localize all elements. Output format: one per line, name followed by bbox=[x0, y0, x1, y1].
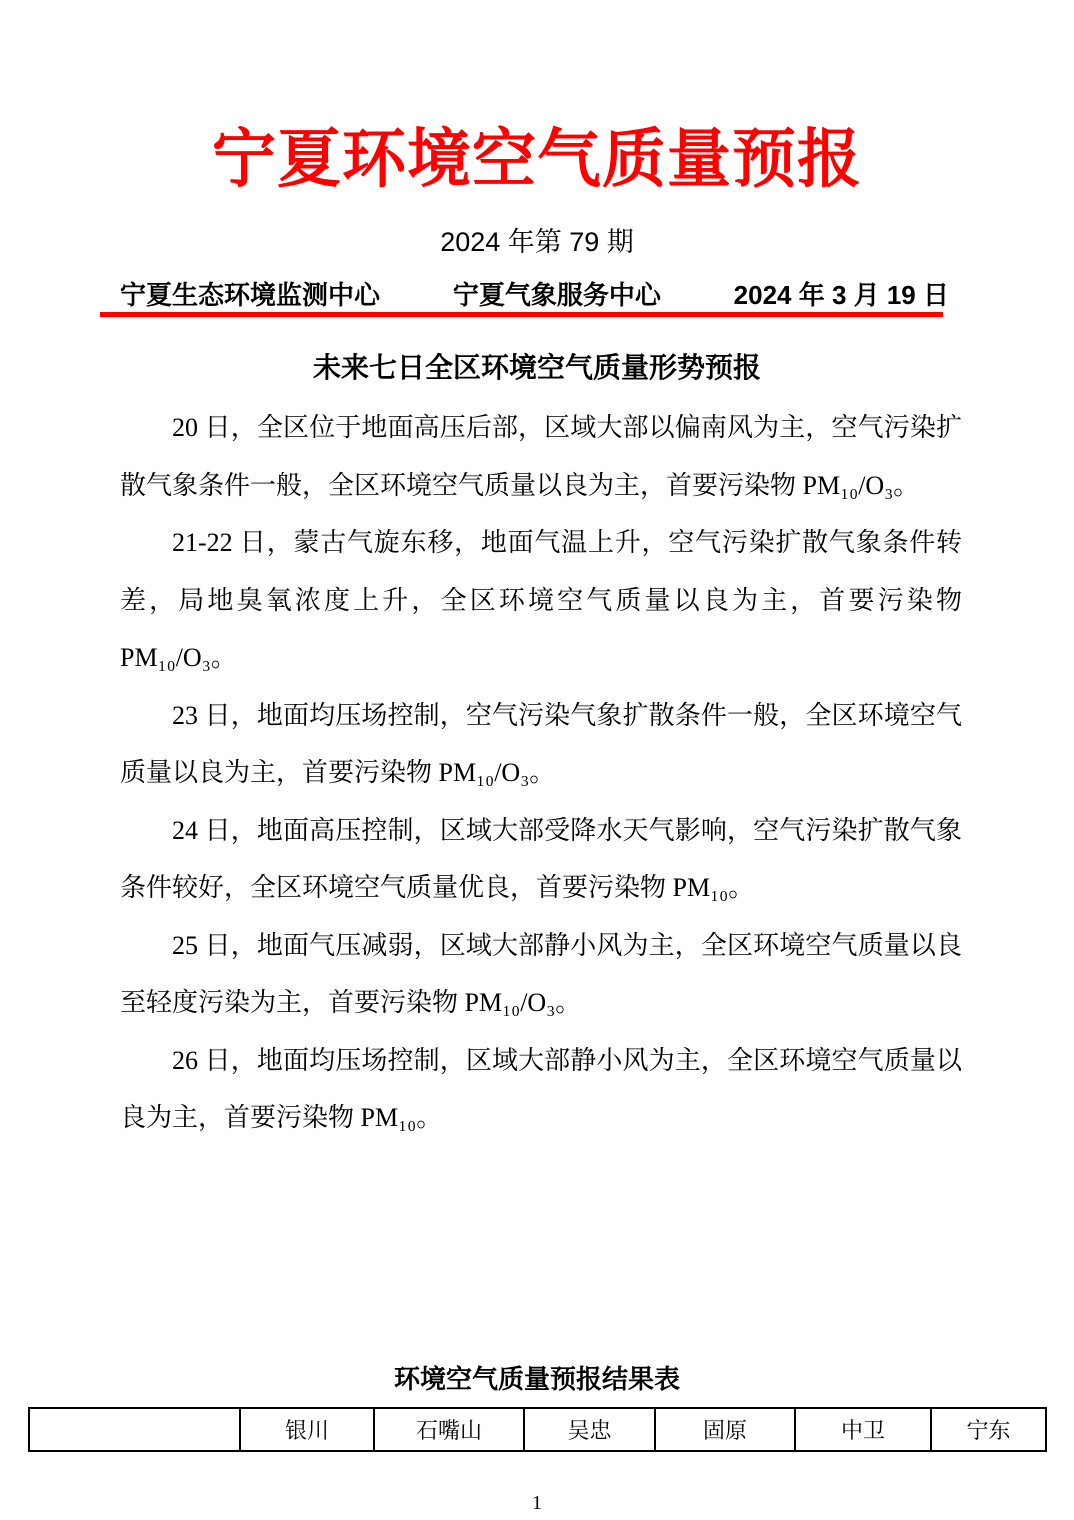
results-table-title: 环境空气质量预报结果表 bbox=[0, 1365, 1074, 1393]
forecast-paragraph-day24: 24 日，地面高压控制，区域大部受降水天气影响，空气污染扩散气象条件较好，全区环… bbox=[120, 802, 962, 917]
issue-date: 2024 年 3 月 19 日 bbox=[734, 282, 949, 309]
page-number: 1 bbox=[0, 1492, 1074, 1514]
table-header-cell-wuzhong: 吴忠 bbox=[524, 1408, 655, 1451]
table-header-cell-shizuishan: 石嘴山 bbox=[374, 1408, 524, 1451]
table-header-cell-empty bbox=[29, 1408, 240, 1451]
forecast-paragraph-day23: 23 日，地面均压场控制，空气污染气象扩散条件一般，全区环境空气质量以良为主，首… bbox=[120, 687, 962, 802]
issuer-center: 宁夏气象服务中心 bbox=[453, 282, 661, 309]
table-header-cell-zhongwei: 中卫 bbox=[795, 1408, 931, 1451]
issuer-left: 宁夏生态环境监测中心 bbox=[120, 282, 380, 309]
table-header-cell-ningdong: 宁东 bbox=[931, 1408, 1046, 1451]
forecast-paragraph-day26: 26 日，地面均压场控制，区域大部静小风为主，全区环境空气质量以良为主，首要污染… bbox=[120, 1032, 962, 1147]
table-header-cell-guyuan: 固原 bbox=[655, 1408, 795, 1451]
forecast-body: 20 日，全区位于地面高压后部，区域大部以偏南风为主，空气污染扩散气象条件一般，… bbox=[120, 399, 962, 1147]
masthead-divider-rule bbox=[100, 312, 943, 317]
document-title: 宁夏环境空气质量预报 bbox=[0, 0, 1074, 204]
forecast-paragraph-day21-22: 21-22 日，蒙古气旋东移，地面气温上升，空气污染扩散气象条件转差，局地臭氧浓… bbox=[120, 514, 962, 687]
document-page: 宁夏环境空气质量预报 2024 年第 79 期 宁夏生态环境监测中心 宁夏气象服… bbox=[0, 0, 1074, 1520]
results-table: 银川 石嘴山 吴忠 固原 中卫 宁东 bbox=[28, 1407, 1047, 1452]
table-header-cell-yinchuan: 银川 bbox=[240, 1408, 374, 1451]
forecast-paragraph-day20: 20 日，全区位于地面高压后部，区域大部以偏南风为主，空气污染扩散气象条件一般，… bbox=[120, 399, 962, 514]
masthead-issuer-row: 宁夏生态环境监测中心 宁夏气象服务中心 2024 年 3 月 19 日 bbox=[120, 282, 949, 309]
table-header-row: 银川 石嘴山 吴忠 固原 中卫 宁东 bbox=[29, 1408, 1046, 1451]
issue-number: 2024 年第 79 期 bbox=[0, 228, 1074, 256]
forecast-paragraph-day25: 25 日，地面气压减弱，区域大部静小风为主，全区环境空气质量以良至轻度污染为主，… bbox=[120, 917, 962, 1032]
forecast-section-title: 未来七日全区环境空气质量形势预报 bbox=[0, 353, 1074, 383]
